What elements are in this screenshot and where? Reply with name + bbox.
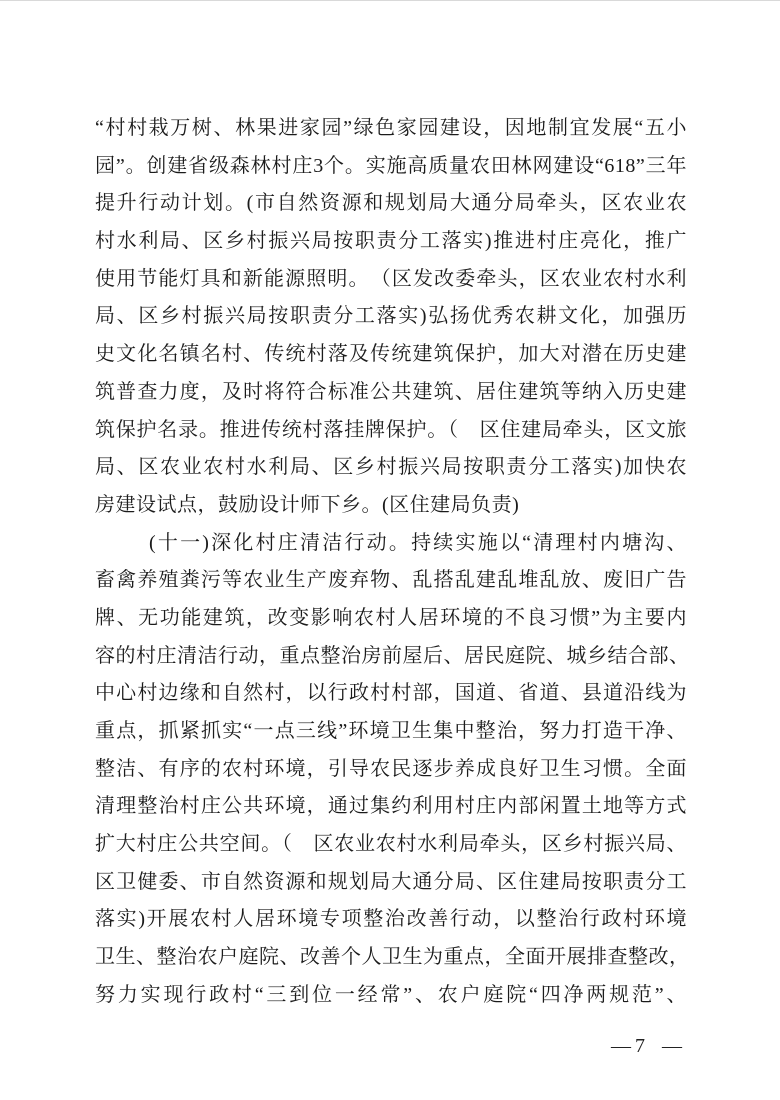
- document-line: 筑普查力度，及时将符合标准公共建筑、居住建筑等纳入历史建: [95, 374, 687, 412]
- document-line: “村村栽万树、林果进家园”绿色家园建设，因地制宜发展“五小: [95, 110, 687, 148]
- page-number-dash-left: —: [611, 1035, 631, 1058]
- document-text-block: “村村栽万树、林果进家园”绿色家园建设，因地制宜发展“五小 园”。创建省级森林村…: [95, 110, 687, 1015]
- document-line: 扩大村庄公共空间。（ 区农业农村水利局牵头，区乡村振兴局、: [95, 826, 687, 864]
- document-line: 容的村庄清洁行动，重点整治房前屋后、居民庭院、城乡结合部、: [95, 638, 687, 676]
- page-number-dash-right: —: [662, 1035, 682, 1058]
- document-line: 史文化名镇名村、传统村落及传统建筑保护，加大对潜在历史建: [95, 336, 687, 374]
- document-line: 清理整治村庄公共环境，通过集约利用村庄内部闲置土地等方式: [95, 788, 687, 826]
- document-line: 努力实现行政村“三到位一经常”、农户庭院“四净两规范”、: [95, 977, 687, 1015]
- document-line: 畜禽养殖粪污等农业生产废弃物、乱搭乱建乱堆乱放、废旧广告: [95, 562, 687, 600]
- document-line: 整洁、有序的农村环境，引导农民逐步养成良好卫生习惯。全面: [95, 751, 687, 789]
- document-line: 局、区乡村振兴局按职责分工落实)弘扬优秀农耕文化，加强历: [95, 298, 687, 336]
- document-line: 房建设试点，鼓励设计师下乡。(区住建局负责): [95, 487, 687, 525]
- document-section-heading-line: (十一)深化村庄清洁行动。持续实施以“清理村内塘沟、: [95, 525, 687, 563]
- document-line: 园”。创建省级森林村庄3个。实施高质量农田林网建设“618”三年: [95, 148, 687, 186]
- document-line: 牌、无功能建筑，改变影响农村人居环境的不良习惯”为主要内: [95, 600, 687, 638]
- document-line: 重点，抓紧抓实“一点三线”环境卫生集中整治，努力打造干净、: [95, 713, 687, 751]
- document-line: 局、区农业农村水利局、区乡村振兴局按职责分工落实)加快农: [95, 449, 687, 487]
- scan-edge-line: [0, 0, 780, 1]
- document-line: 提升行动计划。(市自然资源和规划局大通分局牵头，区农业农: [95, 185, 687, 223]
- page-number: — 7 —: [611, 1033, 682, 1059]
- document-line: 区卫健委、市自然资源和规划局大通分局、区住建局按职责分工: [95, 864, 687, 902]
- document-line: 使用节能灯具和新能源照明。 （区发改委牵头，区农业农村水利: [95, 261, 687, 299]
- document-line: 卫生、整治农户庭院、改善个人卫生为重点，全面开展排查整改，: [95, 939, 687, 977]
- document-line: 筑保护名录。推进传统村落挂牌保护。（ 区住建局牵头，区文旅: [95, 412, 687, 450]
- document-line: 中心村边缘和自然村，以行政村村部，国道、省道、县道沿线为: [95, 675, 687, 713]
- document-line: 村水利局、区乡村振兴局按职责分工落实)推进村庄亮化，推广: [95, 223, 687, 261]
- document-line: 落实)开展农村人居环境专项整治改善行动，以整治行政村环境: [95, 901, 687, 939]
- page-number-value: 7: [635, 1035, 645, 1058]
